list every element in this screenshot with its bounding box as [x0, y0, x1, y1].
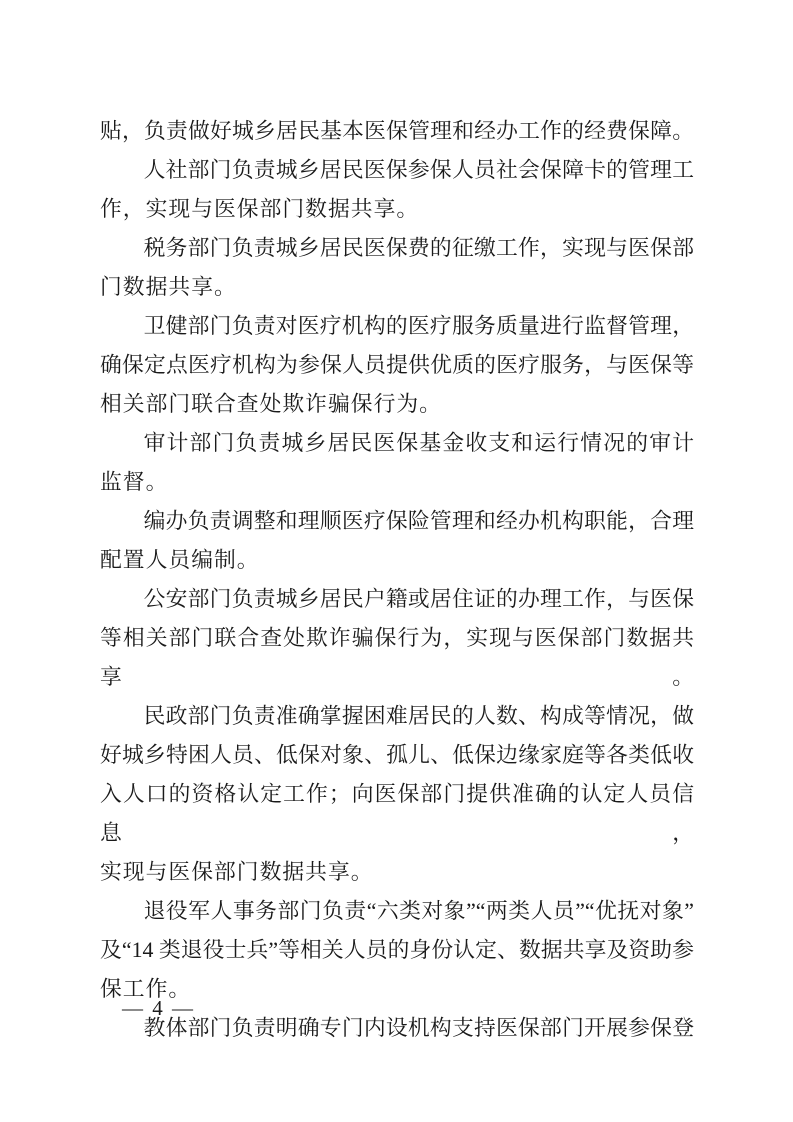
text-line: 好城乡特困人员、低保对象、孤儿、低保边缘家庭等各类低收	[100, 736, 694, 775]
text-line: 退役军人事务部门负责“六类对象”“两类人员”“优抚对象”	[100, 892, 694, 931]
paragraph: 税务部门负责城乡居民医保费的征缴工作，实现与医保部 门数据共享。	[100, 229, 694, 307]
text-line: 入人口的资格认定工作；向医保部门提供准确的认定人员信息，	[100, 775, 694, 853]
paragraph: 人社部门负责城乡居民医保参保人员社会保障卡的管理工 作，实现与医保部门数据共享。	[100, 151, 694, 229]
document-page: 贴，负责做好城乡居民基本医保管理和经办工作的经费保障。 人社部门负责城乡居民医保…	[0, 0, 793, 1122]
page-footer: — 4 —	[122, 996, 195, 1021]
text-line: 人社部门负责城乡居民医保参保人员社会保障卡的管理工	[100, 151, 694, 190]
text-line: 贴，负责做好城乡居民基本医保管理和经办工作的经费保障。	[100, 112, 694, 151]
page-number: — 4 —	[122, 996, 195, 1020]
paragraph: 退役军人事务部门负责“六类对象”“两类人员”“优抚对象” 及“14 类退役士兵”…	[100, 892, 694, 1009]
text-line: 监督。	[100, 463, 694, 502]
text-line: 相关部门联合查处欺诈骗保行为。	[100, 385, 694, 424]
text-line: 民政部门负责准确掌握困难居民的人数、构成等情况，做	[100, 697, 694, 736]
paragraph: 卫健部门负责对医疗机构的医疗服务质量进行监督管理， 确保定点医疗机构为参保人员提…	[100, 307, 694, 424]
paragraph: 贴，负责做好城乡居民基本医保管理和经办工作的经费保障。	[100, 112, 694, 151]
paragraph: 编办负责调整和理顺医疗保险管理和经办机构职能，合理 配置人员编制。	[100, 502, 694, 580]
text-line: 作，实现与医保部门数据共享。	[100, 190, 694, 229]
text-line: 税务部门负责城乡居民医保费的征缴工作，实现与医保部	[100, 229, 694, 268]
text-line: 编办负责调整和理顺医疗保险管理和经办机构职能，合理	[100, 502, 694, 541]
text-line: 实现与医保部门数据共享。	[100, 853, 694, 892]
text-line: 及“14 类退役士兵”等相关人员的身份认定、数据共享及资助参	[100, 931, 694, 970]
text-line: 等相关部门联合查处欺诈骗保行为，实现与医保部门数据共享。	[100, 619, 694, 697]
text-line: 卫健部门负责对医疗机构的医疗服务质量进行监督管理，	[100, 307, 694, 346]
paragraph: 公安部门负责城乡居民户籍或居住证的办理工作，与医保 等相关部门联合查处欺诈骗保行…	[100, 580, 694, 697]
text-line: 审计部门负责城乡居民医保基金收支和运行情况的审计	[100, 424, 694, 463]
text-line: 确保定点医疗机构为参保人员提供优质的医疗服务，与医保等	[100, 346, 694, 385]
paragraph: 民政部门负责准确掌握困难居民的人数、构成等情况，做 好城乡特困人员、低保对象、孤…	[100, 697, 694, 892]
document-body: 贴，负责做好城乡居民基本医保管理和经办工作的经费保障。 人社部门负责城乡居民医保…	[100, 112, 694, 1048]
text-line: 公安部门负责城乡居民户籍或居住证的办理工作，与医保	[100, 580, 694, 619]
text-line: 门数据共享。	[100, 268, 694, 307]
paragraph: 审计部门负责城乡居民医保基金收支和运行情况的审计 监督。	[100, 424, 694, 502]
text-line: 配置人员编制。	[100, 541, 694, 580]
